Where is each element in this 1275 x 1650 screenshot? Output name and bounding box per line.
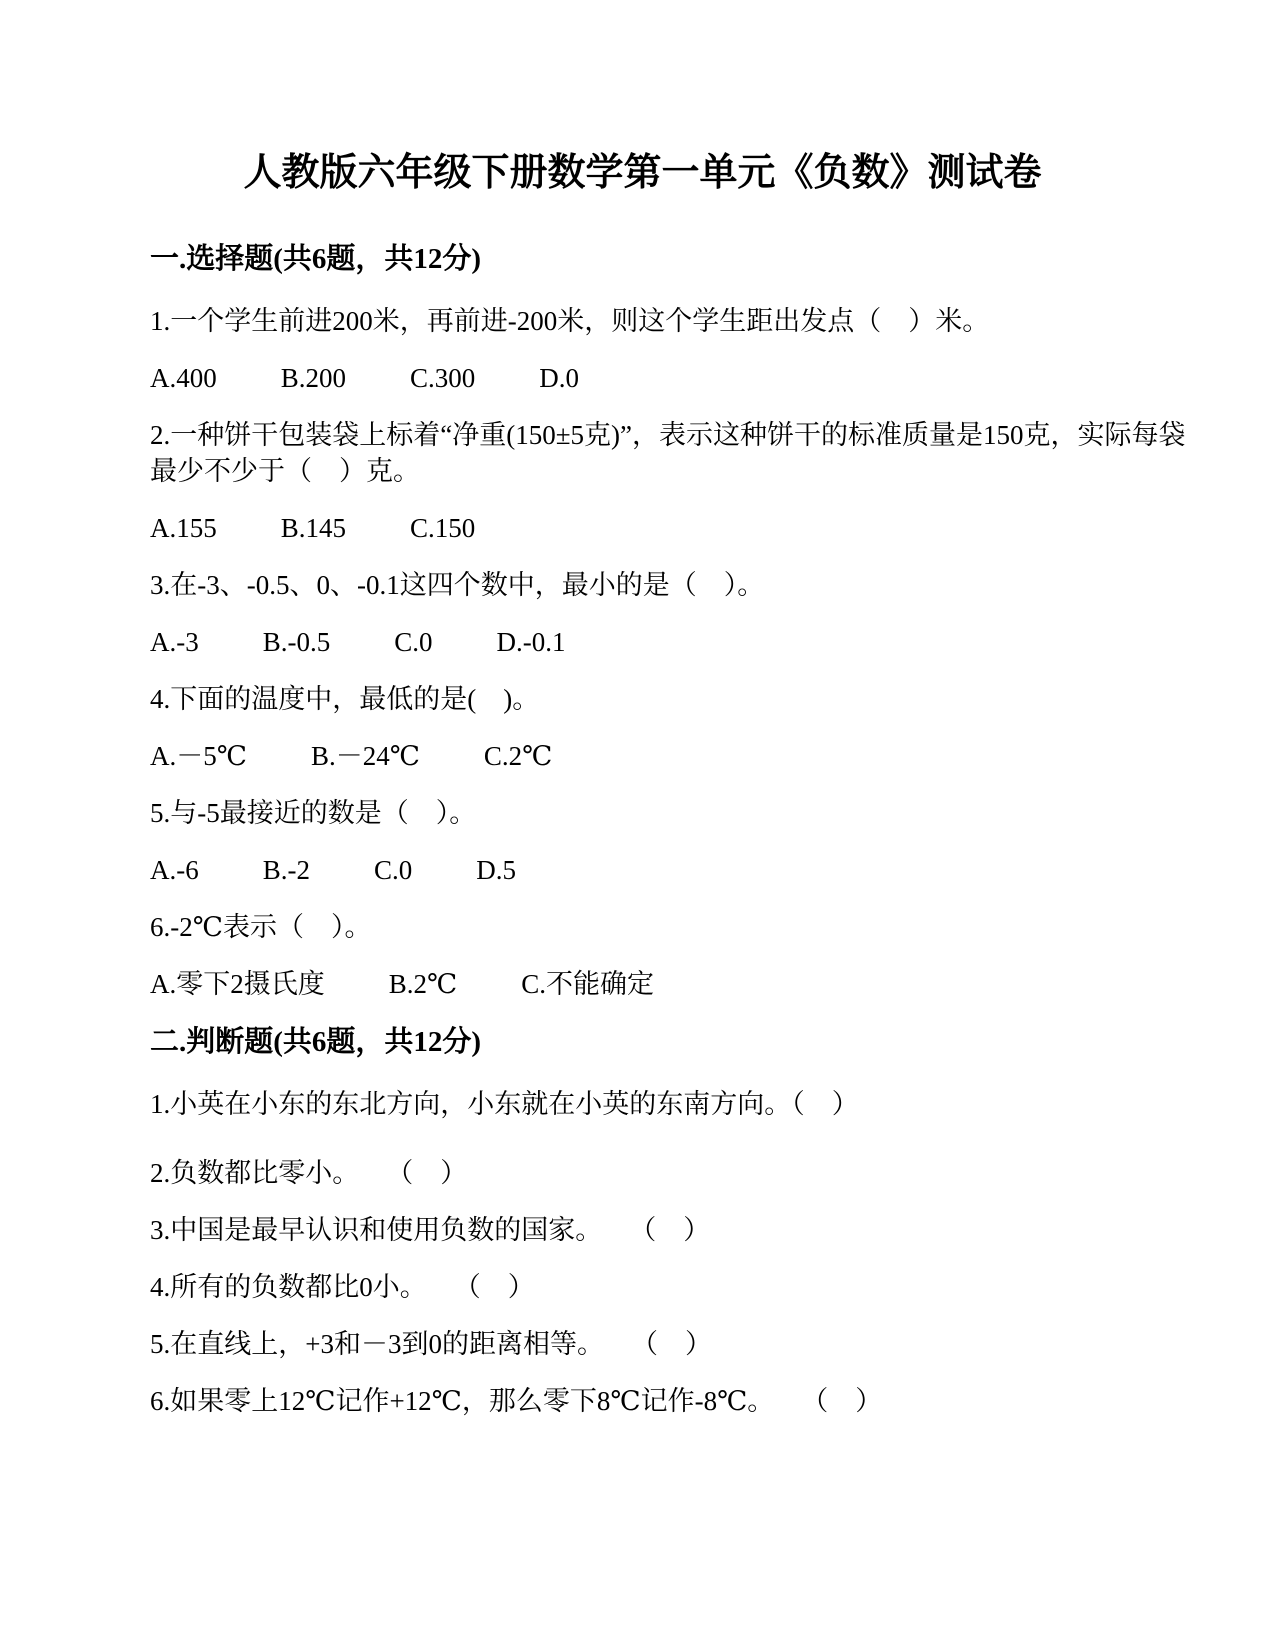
option-c: C.300 (410, 360, 475, 396)
question-text: 5.与-5最接近的数是（ ）。 (150, 795, 1135, 831)
option-b: B.-2 (263, 852, 310, 888)
s1-question-2: 2.一种饼干包装袋上标着“净重(150±5克)”，表示这种饼干的标准质量是150… (150, 417, 1135, 489)
question-text: 1.小英在小东的东北方向，小东就在小英的东南方向。（ ） (150, 1086, 1135, 1122)
section2-heading: 二.判断题(共6题，共12分) (150, 1023, 1135, 1061)
question-text-line2: 最少不少于（ ）克。 (150, 453, 1135, 489)
option-c: C.0 (374, 852, 412, 888)
s1-q5-options: A.-6B.-2C.0D.5 (150, 852, 1135, 888)
option-c: C.0 (394, 624, 432, 660)
option-b: B.－24℃ (311, 738, 420, 774)
option-d: D.-0.1 (497, 624, 566, 660)
s2-question-4: 4.所有的负数都比0小。 （ ） (150, 1269, 1135, 1305)
s2-question-6: 6.如果零上12℃记作+12℃，那么零下8℃记作-8℃。 （ ） (150, 1383, 1135, 1419)
page-title: 人教版六年级下册数学第一单元《负数》测试卷 (150, 150, 1135, 196)
s2-question-5: 5.在直线上，+3和－3到0的距离相等。 （ ） (150, 1326, 1135, 1362)
s1-question-5: 5.与-5最接近的数是（ ）。 (150, 795, 1135, 831)
option-b: B.-0.5 (263, 624, 331, 660)
question-text: 6.-2℃表示（ ）。 (150, 909, 1135, 945)
question-text: 5.在直线上，+3和－3到0的距离相等。 （ ） (150, 1326, 1135, 1362)
option-a: A.400 (150, 360, 217, 396)
option-d: D.0 (539, 360, 579, 396)
s2-question-1: 1.小英在小东的东北方向，小东就在小英的东南方向。（ ） (150, 1086, 1135, 1122)
question-text-line1: 2.一种饼干包装袋上标着“净重(150±5克)”，表示这种饼干的标准质量是150… (150, 417, 1135, 453)
question-text: 4.所有的负数都比0小。 （ ） (150, 1269, 1135, 1305)
option-d: D.5 (476, 852, 516, 888)
question-text: 2.负数都比零小。 （ ） (150, 1155, 1135, 1191)
question-text: 3.中国是最早认识和使用负数的国家。 （ ） (150, 1212, 1135, 1248)
s2-question-3: 3.中国是最早认识和使用负数的国家。 （ ） (150, 1212, 1135, 1248)
question-text: 4.下面的温度中，最低的是( )。 (150, 681, 1135, 717)
test-paper-page: 人教版六年级下册数学第一单元《负数》测试卷 一.选择题(共6题，共12分) 1.… (0, 0, 1275, 1650)
option-b: B.2℃ (389, 966, 457, 1002)
question-text: 6.如果零上12℃记作+12℃，那么零下8℃记作-8℃。 （ ） (150, 1383, 1135, 1419)
option-c: C.150 (410, 510, 475, 546)
s1-q1-options: A.400B.200C.300D.0 (150, 360, 1135, 396)
s1-q3-options: A.-3B.-0.5C.0D.-0.1 (150, 624, 1135, 660)
s1-q6-options: A.零下2摄氏度B.2℃C.不能确定 (150, 966, 1135, 1002)
option-c: C.不能确定 (521, 966, 654, 1002)
option-a: A.155 (150, 510, 217, 546)
s1-q2-options: A.155B.145C.150 (150, 510, 1135, 546)
option-c: C.2℃ (484, 738, 552, 774)
section1-heading: 一.选择题(共6题，共12分) (150, 240, 1135, 278)
option-a: A.-6 (150, 852, 199, 888)
option-b: B.145 (281, 510, 346, 546)
question-text: 3.在-3、-0.5、0、-0.1这四个数中，最小的是（ ）。 (150, 567, 1135, 603)
s1-question-4: 4.下面的温度中，最低的是( )。 (150, 681, 1135, 717)
s1-question-1: 1.一个学生前进200米，再前进-200米，则这个学生距出发点（ ）米。 (150, 303, 1135, 339)
option-a: A.零下2摄氏度 (150, 966, 325, 1002)
option-a: A.-3 (150, 624, 199, 660)
s2-question-2: 2.负数都比零小。 （ ） (150, 1155, 1135, 1191)
question-text: 1.一个学生前进200米，再前进-200米，则这个学生距出发点（ ）米。 (150, 303, 1135, 339)
option-a: A.－5℃ (150, 738, 247, 774)
s1-question-6: 6.-2℃表示（ ）。 (150, 909, 1135, 945)
s1-q4-options: A.－5℃B.－24℃C.2℃ (150, 738, 1135, 774)
s1-question-3: 3.在-3、-0.5、0、-0.1这四个数中，最小的是（ ）。 (150, 567, 1135, 603)
option-b: B.200 (281, 360, 346, 396)
